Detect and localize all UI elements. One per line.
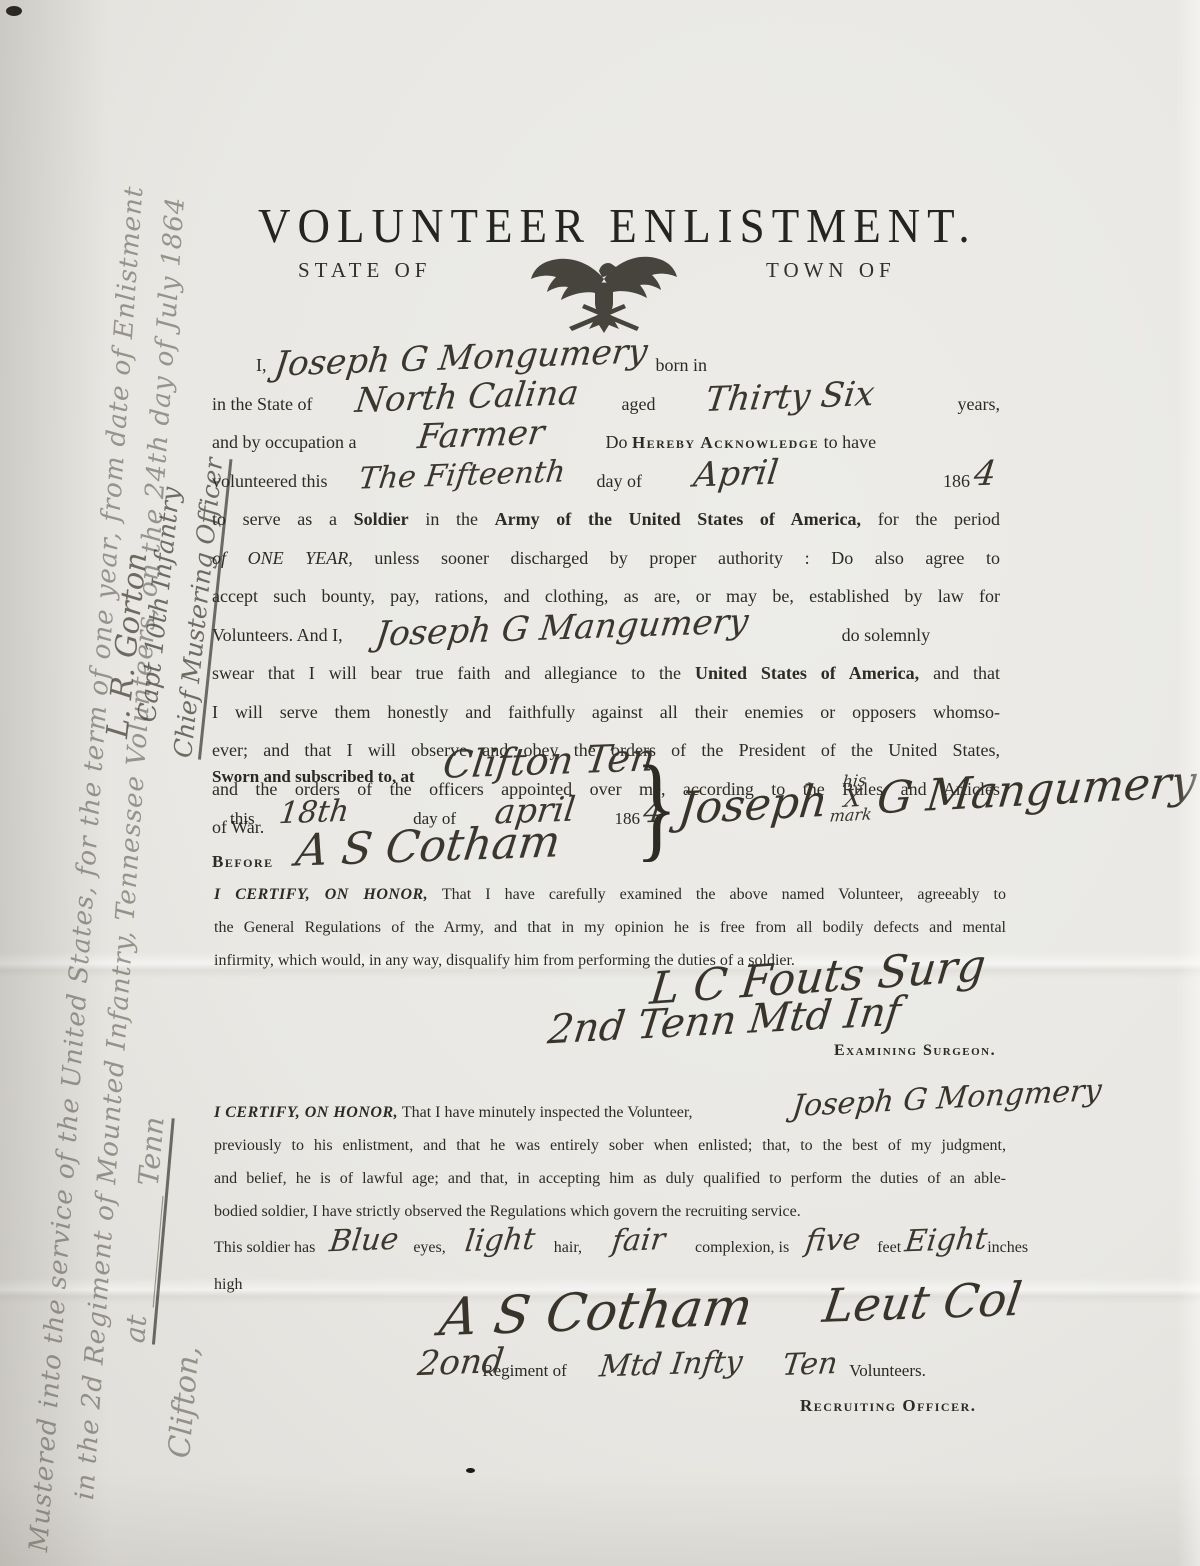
printed-text: Army of the United States of America, — [495, 509, 861, 529]
printed-year: 1864 — [943, 462, 1000, 501]
form-line: Volunteers. And I, Joseph G Mangumery do… — [212, 616, 1000, 655]
recruiting-officer-label: Recruiting Officer. — [800, 1396, 977, 1416]
printed-text: do solemnly — [842, 625, 931, 645]
form-line: to serve as a Soldier in the Army of the… — [212, 500, 1000, 539]
printed-text: of ONE YEAR, — [212, 548, 353, 568]
form-line: volunteered this The Fifteenth day of Ap… — [212, 462, 1000, 501]
sworn-line3: Before A S Cotham — [212, 840, 682, 882]
printed-text: eyes, — [413, 1239, 445, 1256]
cert-line: I CERTIFY, ON HONOR, That I have minutel… — [214, 1096, 1006, 1129]
complexion-handwritten: fair — [584, 1226, 692, 1256]
printed-text: hair, — [554, 1239, 582, 1256]
printed-text: swear that I will bear true faith and al… — [212, 663, 681, 683]
regiment-line: 2ond Regiment of Mtd Infty Ten Volunteer… — [418, 1352, 926, 1381]
enlist-month-handwritten: April — [645, 457, 828, 489]
age-handwritten: Thirty Six — [658, 379, 921, 414]
printed-text: in the — [425, 509, 478, 529]
printed-text: and by occupation a — [212, 432, 356, 452]
sworn-line1: Sworn and subscribed to, at Clifton Ten — [212, 756, 682, 798]
recruiting-certification: I CERTIFY, ON HONOR, That I have minutel… — [214, 1096, 1006, 1301]
volunteer-name-handwritten: Joseph G Mongmery — [790, 1074, 1103, 1123]
scan-speck — [466, 1468, 475, 1473]
eye-color-handwritten: Blue — [318, 1226, 411, 1255]
volunteer-name-handwritten: Joseph G Mangumery — [346, 607, 779, 648]
margin-note-line: at ________ Tenn — [118, 1115, 175, 1344]
form-line: in the State of North Calina aged Thirty… — [212, 385, 1000, 424]
cert-line: and belief, he is of lawful age; and tha… — [214, 1162, 1006, 1195]
justice-signature-handwritten: A S Cotham — [276, 829, 579, 866]
enlistment-document-page: Mustered into the service of the United … — [0, 0, 1200, 1566]
state-handwritten: North Calina — [315, 378, 618, 415]
brace-glyph: } — [635, 748, 677, 866]
examining-surgeon-label: Examining Surgeon. — [834, 1042, 996, 1060]
hair-color-handwritten: light — [448, 1226, 551, 1256]
printed-text: Do — [605, 432, 627, 452]
mark-label: mark — [829, 807, 872, 823]
regiment-type-handwritten: Mtd Infty — [569, 1348, 772, 1381]
mustering-officer-rank: Capt 10th Infantry — [132, 485, 186, 723]
certify-lead: I CERTIFY, ON HONOR, — [214, 886, 428, 903]
printed-text: That I have minutely inspected the Volun… — [402, 1104, 693, 1121]
town-of-label: TOWN OF — [766, 258, 896, 283]
printed-text: United States of America, — [695, 663, 919, 683]
officer-rank: Leut Col — [820, 1272, 1026, 1333]
scan-speck — [6, 6, 22, 16]
printed-text: in the State of — [212, 394, 312, 414]
form-line: I will serve them honestly and faithfull… — [212, 693, 1000, 732]
printed-text: inches — [987, 1239, 1028, 1256]
printed-text: feet — [877, 1239, 901, 1256]
margin-note-line: Mustered into the service of the United … — [24, 185, 149, 1553]
occupation-handwritten: Farmer — [359, 418, 602, 453]
before-label: Before — [212, 852, 274, 871]
printed-text: born in — [656, 355, 708, 375]
mustering-officer-signature: L. R. Gorton — [100, 551, 154, 740]
printed-text: Hereby Acknowledge — [632, 433, 819, 452]
soldier-description-line: This soldier has Blue eyes, light hair, … — [214, 1228, 1006, 1268]
cert-line: I CERTIFY, ON HONOR, That I have careful… — [214, 878, 1006, 911]
cert-line: the General Regulations of the Army, and… — [214, 911, 1006, 944]
printed-text: to have — [824, 432, 876, 452]
printed-text: day of — [596, 471, 641, 491]
printed-text: complexion, is — [695, 1239, 789, 1256]
printed-text: and that — [933, 663, 1000, 683]
state-of-label: STATE OF — [298, 258, 431, 283]
form-line: swear that I will bear true faith and al… — [212, 654, 1000, 693]
regiment-number-handwritten: 2ond — [416, 1349, 479, 1377]
year-digit-handwritten: 4 — [968, 460, 1001, 487]
height-feet-handwritten: five — [792, 1227, 875, 1256]
certify-lead: I CERTIFY, ON HONOR, — [214, 1104, 398, 1121]
form-line: and by occupation a Farmer Do Hereby Ack… — [212, 423, 1000, 462]
printed-text: This soldier has — [214, 1239, 315, 1256]
volunteer-name-handwritten: Joseph G Mongumery — [270, 338, 653, 377]
printed-text: aged — [621, 394, 655, 414]
margin-note-line: Clifton, — [162, 1345, 207, 1460]
regiment-state-handwritten: Ten — [774, 1351, 847, 1380]
printed-text: for the period — [878, 509, 1000, 529]
printed-text: Sworn and subscribed to, at — [212, 767, 415, 786]
printed-text: Volunteers. And I, — [212, 625, 343, 645]
form-line: of ONE YEAR, unless sooner discharged by… — [212, 539, 1000, 578]
enlist-day-handwritten: The Fifteenth — [330, 458, 593, 493]
document-title: VOLUNTEER ENLISTMENT. — [258, 198, 977, 254]
margin-annotation: Mustered into the service of the United … — [16, 96, 212, 1558]
printed-text: That I have carefully examined the above… — [442, 886, 1006, 903]
printed-text: to serve as a — [212, 509, 337, 529]
printed-text: volunteered this — [212, 471, 327, 491]
printed-text: I, — [256, 355, 267, 375]
printed-text: 186 — [943, 471, 970, 491]
printed-text: Volunteers. — [849, 1361, 926, 1380]
printed-text: years, — [958, 385, 1000, 424]
margin-note-line: in the 2d Regiment of Mounted Infantry, … — [70, 196, 191, 1502]
printed-text: unless sooner discharged by proper autho… — [374, 548, 1000, 568]
height-inches-handwritten: Eight — [904, 1227, 985, 1256]
printed-text: Soldier — [354, 509, 409, 529]
cert-line: previously to his enlistment, and that h… — [214, 1129, 1006, 1162]
officer-name: A S Cotham — [436, 1277, 756, 1348]
signature-first-name: Joseph — [676, 776, 830, 835]
sworn-block: Sworn and subscribed to, at Clifton Ten … — [212, 756, 682, 882]
his-x-mark: his X mark — [829, 773, 876, 823]
printed-text: this — [230, 809, 255, 828]
